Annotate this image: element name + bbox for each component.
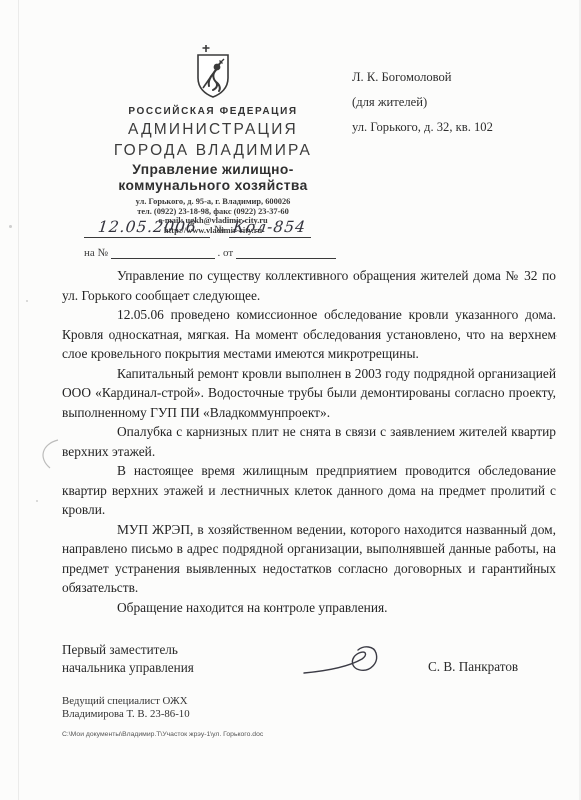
handwritten-signature-icon bbox=[300, 637, 410, 683]
vladimir-coat-of-arms-icon bbox=[191, 44, 235, 100]
number-field: Кол-854 bbox=[229, 218, 311, 238]
handwritten-number: Кол-854 bbox=[232, 218, 307, 236]
signature-block: Первый заместитель начальника управления… bbox=[62, 641, 556, 701]
reference-reply-row: на № . от bbox=[84, 246, 334, 259]
scanned-letter-page: РОССИЙСКАЯ ФЕДЕРАЦИЯ АДМИНИСТРАЦИЯ ГОРОД… bbox=[0, 0, 581, 800]
paragraph: В настоящее время жилищным предприятием … bbox=[62, 461, 556, 520]
scan-speck bbox=[36, 500, 38, 502]
letterhead-org-line2: ГОРОДА ВЛАДИМИРА bbox=[64, 143, 362, 159]
executor-block: Ведущий специалист ОЖХ Владимирова Т. В.… bbox=[62, 695, 190, 721]
letterhead-phone: тел. (0922) 23-18-98, факс (0922) 23-37-… bbox=[64, 207, 362, 217]
recipient-name: Л. К. Богомоловой bbox=[352, 70, 493, 84]
letter-body: Управление по существу коллективного обр… bbox=[62, 266, 556, 617]
paragraph: Обращение находится на контроле управлен… bbox=[62, 598, 556, 618]
paragraph: Капитальный ремонт кровли выполнен в 200… bbox=[62, 364, 556, 423]
handwritten-date: 12.05.2006 bbox=[97, 218, 198, 236]
signer-title-line1: Первый заместитель bbox=[62, 641, 194, 659]
executor-name-phone: Владимирова Т. В. 23-86-10 bbox=[62, 708, 190, 721]
letterhead-address: ул. Горького, д. 95-а, г. Владимир, 6000… bbox=[64, 197, 362, 207]
recipient-block: Л. К. Богомоловой (для жителей) ул. Горь… bbox=[352, 70, 493, 145]
paragraph: МУП ЖРЭП, в хозяйственном ведении, котор… bbox=[62, 520, 556, 598]
date-field: 12.05.2006 bbox=[84, 218, 210, 238]
signer-title: Первый заместитель начальника управления bbox=[62, 641, 194, 676]
reply-from-field bbox=[236, 246, 336, 259]
scan-edge-artifact bbox=[18, 0, 19, 800]
scan-speck bbox=[26, 300, 28, 302]
paragraph: 12.05.06 проведено комиссионное обследов… bbox=[62, 305, 556, 364]
executor-title: Ведущий специалист ОЖХ bbox=[62, 695, 190, 708]
letterhead-dept-line2: коммунального хозяйства bbox=[64, 178, 362, 194]
document-file-path: С:\Мои документы\Владимир.Т\Участок жрэу… bbox=[62, 731, 263, 738]
scan-speck bbox=[9, 225, 12, 228]
recipient-note: (для жителей) bbox=[352, 95, 493, 109]
reply-prefix: на № bbox=[84, 247, 108, 259]
paragraph: Опалубка с карнизных плит не снята в свя… bbox=[62, 422, 556, 461]
letterhead-country: РОССИЙСКАЯ ФЕДЕРАЦИЯ bbox=[64, 106, 362, 117]
letterhead-org-line1: АДМИНИСТРАЦИЯ bbox=[64, 122, 362, 138]
reply-number-field bbox=[111, 246, 215, 259]
signer-name: С. В. Панкратов bbox=[428, 659, 518, 675]
reference-date-number-row: 12.05.2006№Кол-854 bbox=[84, 218, 324, 238]
signer-title-line2: начальника управления bbox=[62, 659, 194, 677]
paragraph: Управление по существу коллективного обр… bbox=[62, 266, 556, 305]
recipient-address: ул. Горького, д. 32, кв. 102 bbox=[352, 120, 493, 134]
number-sign: № bbox=[214, 224, 225, 236]
letterhead: РОССИЙСКАЯ ФЕДЕРАЦИЯ АДМИНИСТРАЦИЯ ГОРОД… bbox=[64, 44, 362, 235]
letterhead-dept-line1: Управление жилищно- bbox=[64, 162, 362, 178]
reply-separator: . от bbox=[218, 247, 234, 259]
